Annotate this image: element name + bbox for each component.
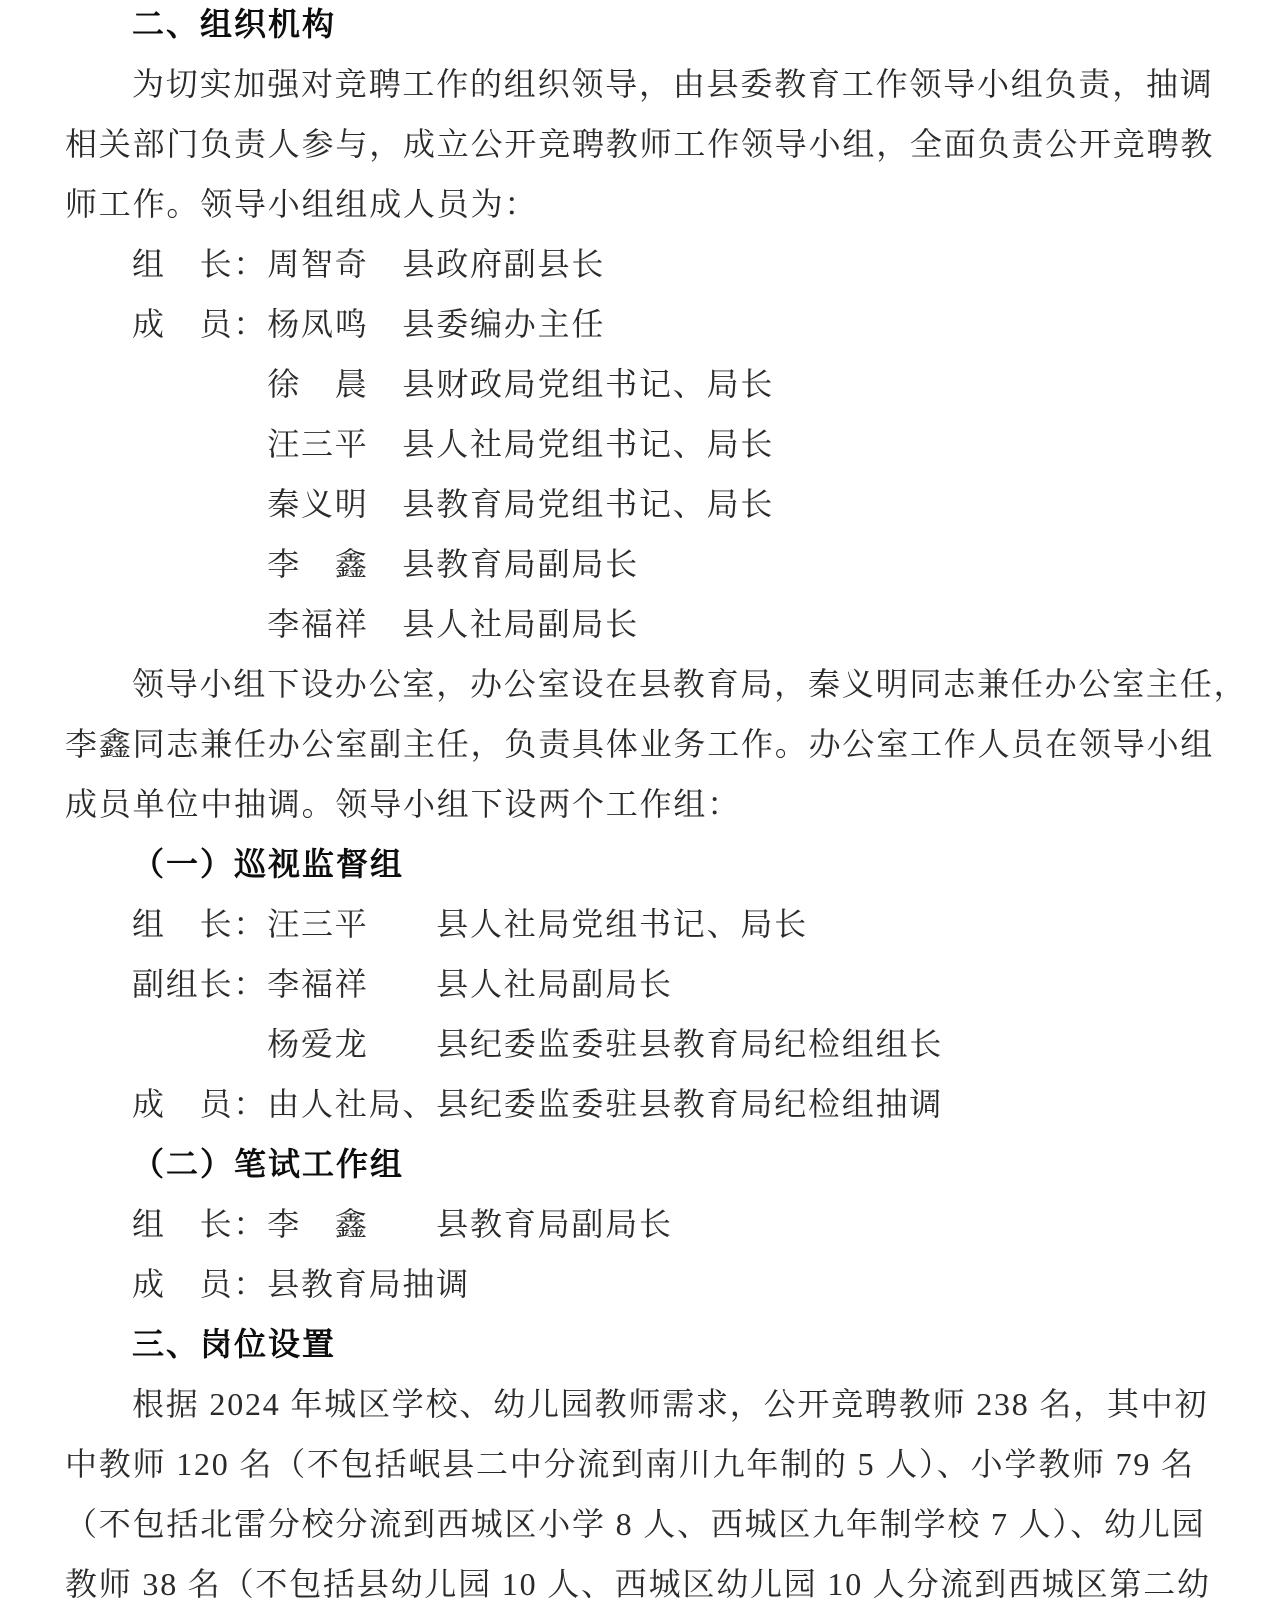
- heading-section-positions: 三、岗位设置: [65, 1314, 1220, 1374]
- leading-group-member-row-1: 成 员：杨凤鸣 县委编办主任: [65, 294, 1220, 354]
- inspection-members-row: 成 员：由人社局、县纪委监委驻县教育局纪检组抽调: [65, 1074, 1220, 1134]
- document-content: 二、组织机构 为切实加强对竞聘工作的组织领导，由县委教育工作领导小组负责，抽调 …: [65, 0, 1220, 1614]
- leading-group-member-row-6: 李福祥 县人社局副局长: [65, 594, 1220, 654]
- office-paragraph-line-1: 领导小组下设办公室，办公室设在县教育局，秦义明同志兼任办公室主任，: [65, 654, 1220, 714]
- document-page: 二、组织机构 为切实加强对竞聘工作的组织领导，由县委教育工作领导小组负责，抽调 …: [0, 0, 1280, 1616]
- leading-group-member-row-2: 徐 晨 县财政局党组书记、局长: [65, 354, 1220, 414]
- written-test-leader-row: 组 长：李 鑫 县教育局副局长: [65, 1194, 1220, 1254]
- office-paragraph-line-3: 成员单位中抽调。领导小组下设两个工作组：: [65, 774, 1220, 834]
- positions-paragraph-line-3: （不包括北雷分校分流到西城区小学 8 人、西城区九年制学校 7 人）、幼儿园: [65, 1494, 1220, 1554]
- written-test-members-row: 成 员：县教育局抽调: [65, 1254, 1220, 1314]
- leading-group-member-row-5: 李 鑫 县教育局副局长: [65, 534, 1220, 594]
- inspection-leader-row: 组 长：汪三平 县人社局党组书记、局长: [65, 894, 1220, 954]
- org-intro-line-2: 相关部门负责人参与，成立公开竞聘教师工作领导小组，全面负责公开竞聘教: [65, 114, 1220, 174]
- leading-group-member-row-4: 秦义明 县教育局党组书记、局长: [65, 474, 1220, 534]
- positions-paragraph-line-1: 根据 2024 年城区学校、幼儿园教师需求，公开竞聘教师 238 名，其中初: [65, 1374, 1220, 1434]
- positions-paragraph-line-2: 中教师 120 名（不包括岷县二中分流到南川九年制的 5 人）、小学教师 79 …: [65, 1434, 1220, 1494]
- heading-section-org: 二、组织机构: [65, 0, 1220, 54]
- inspection-deputy-row-1: 副组长：李福祥 县人社局副局长: [65, 954, 1220, 1014]
- office-paragraph-line-2: 李鑫同志兼任办公室副主任，负责具体业务工作。办公室工作人员在领导小组: [65, 714, 1220, 774]
- org-intro-line-1: 为切实加强对竞聘工作的组织领导，由县委教育工作领导小组负责，抽调: [65, 54, 1220, 114]
- org-intro-line-3: 师工作。领导小组组成人员为：: [65, 174, 1220, 234]
- inspection-deputy-row-2: 杨爱龙 县纪委监委驻县教育局纪检组组长: [65, 1014, 1220, 1074]
- positions-paragraph-line-4: 教师 38 名（不包括县幼儿园 10 人、西城区幼儿园 10 人分流到西城区第二…: [65, 1554, 1220, 1614]
- heading-inspection-group: （一）巡视监督组: [65, 834, 1220, 894]
- leading-group-member-row-3: 汪三平 县人社局党组书记、局长: [65, 414, 1220, 474]
- leading-group-leader-row: 组 长：周智奇 县政府副县长: [65, 234, 1220, 294]
- heading-written-test-group: （二）笔试工作组: [65, 1134, 1220, 1194]
